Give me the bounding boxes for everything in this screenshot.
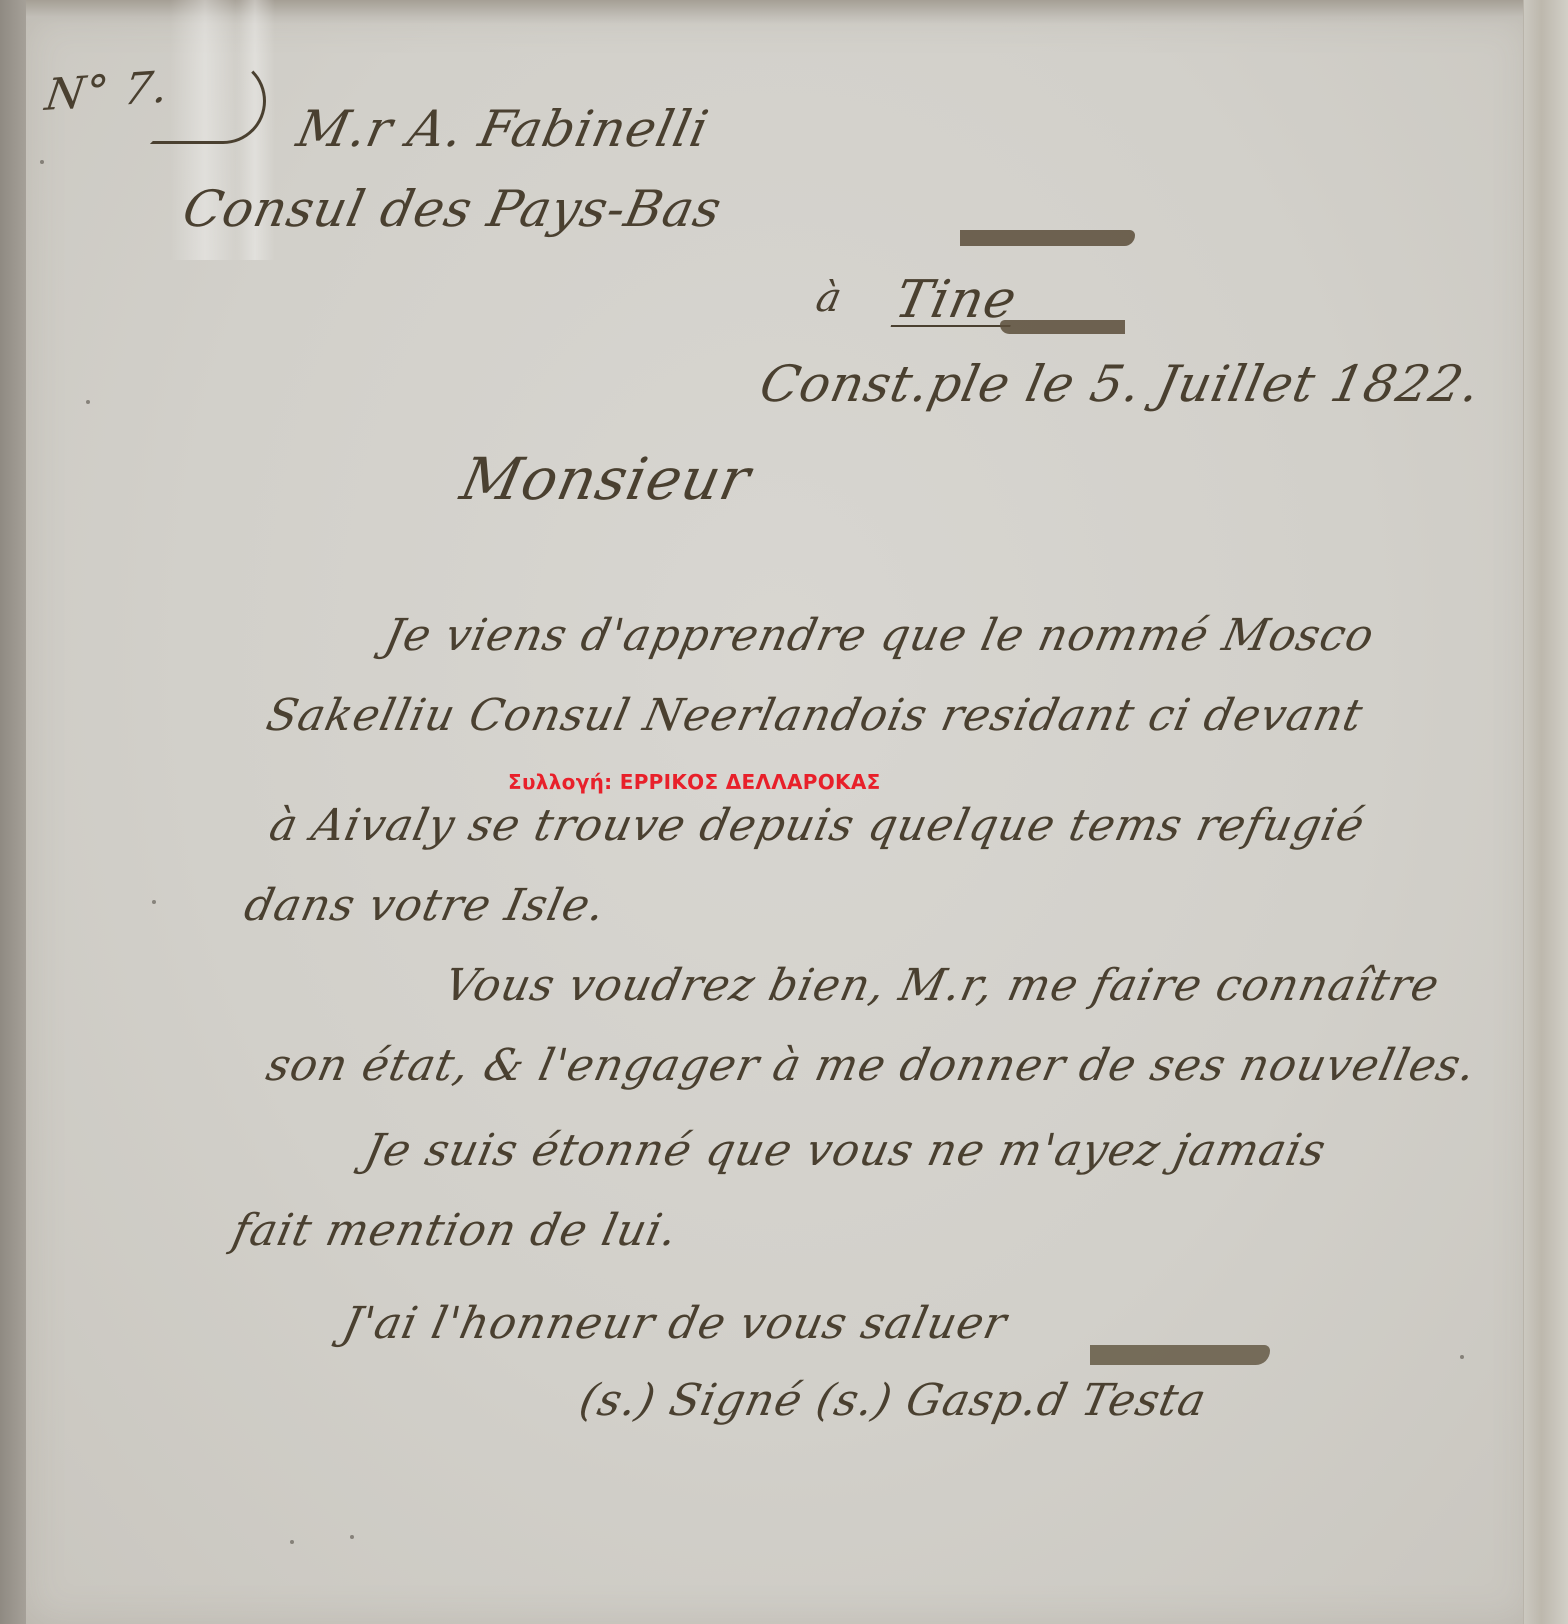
body-line-3: à Aivaly se trouve depuis quelque tems r… bbox=[265, 800, 1369, 851]
body-line-1: Je viens d'apprendre que le nommé Mosco bbox=[380, 610, 1379, 661]
paper-speck bbox=[1460, 1355, 1464, 1359]
signature: (s.) Signé (s.) Gasp.d Testa bbox=[575, 1375, 1211, 1426]
paper-speck bbox=[350, 1535, 354, 1539]
collection-watermark: Συλλογή: ΕΡΡΙΚΟΣ ΔΕΛΛΑΡΟΚΑΣ bbox=[508, 770, 881, 794]
body-line-8: fait mention de lui. bbox=[228, 1205, 682, 1256]
scan-right-edge bbox=[1523, 0, 1568, 1624]
paper-speck bbox=[152, 900, 156, 904]
body-line-6: son état, & l'engager à me donner de ses… bbox=[262, 1040, 1481, 1091]
body-line-4: dans votre Isle. bbox=[240, 880, 610, 931]
signature-flourish-icon bbox=[1090, 1345, 1270, 1365]
place-flourish-icon bbox=[1000, 320, 1125, 334]
reference-bracket-flourish bbox=[150, 58, 266, 144]
body-line-5: Vous voudrez bien, M.r, me faire connaît… bbox=[440, 960, 1444, 1011]
paper-speck bbox=[86, 400, 90, 404]
addressee-name: M.r A. Fabinelli bbox=[292, 100, 714, 158]
closing-formula: J'ai l'honneur de vous saluer bbox=[338, 1298, 1012, 1349]
paper-speck bbox=[290, 1540, 294, 1544]
body-line-2: Sakelliu Consul Neerlandois residant ci … bbox=[262, 690, 1368, 741]
addressee-title: Consul des Pays-Bas bbox=[178, 180, 727, 238]
salutation: Monsieur bbox=[455, 445, 757, 513]
dateline: Const.ple le 5. Juillet 1822. bbox=[755, 355, 1486, 413]
paper-speck bbox=[40, 160, 44, 164]
body-line-7: Je suis étonné que vous ne m'ayez jamais bbox=[360, 1125, 1331, 1176]
place-flourish-icon bbox=[960, 230, 1135, 246]
